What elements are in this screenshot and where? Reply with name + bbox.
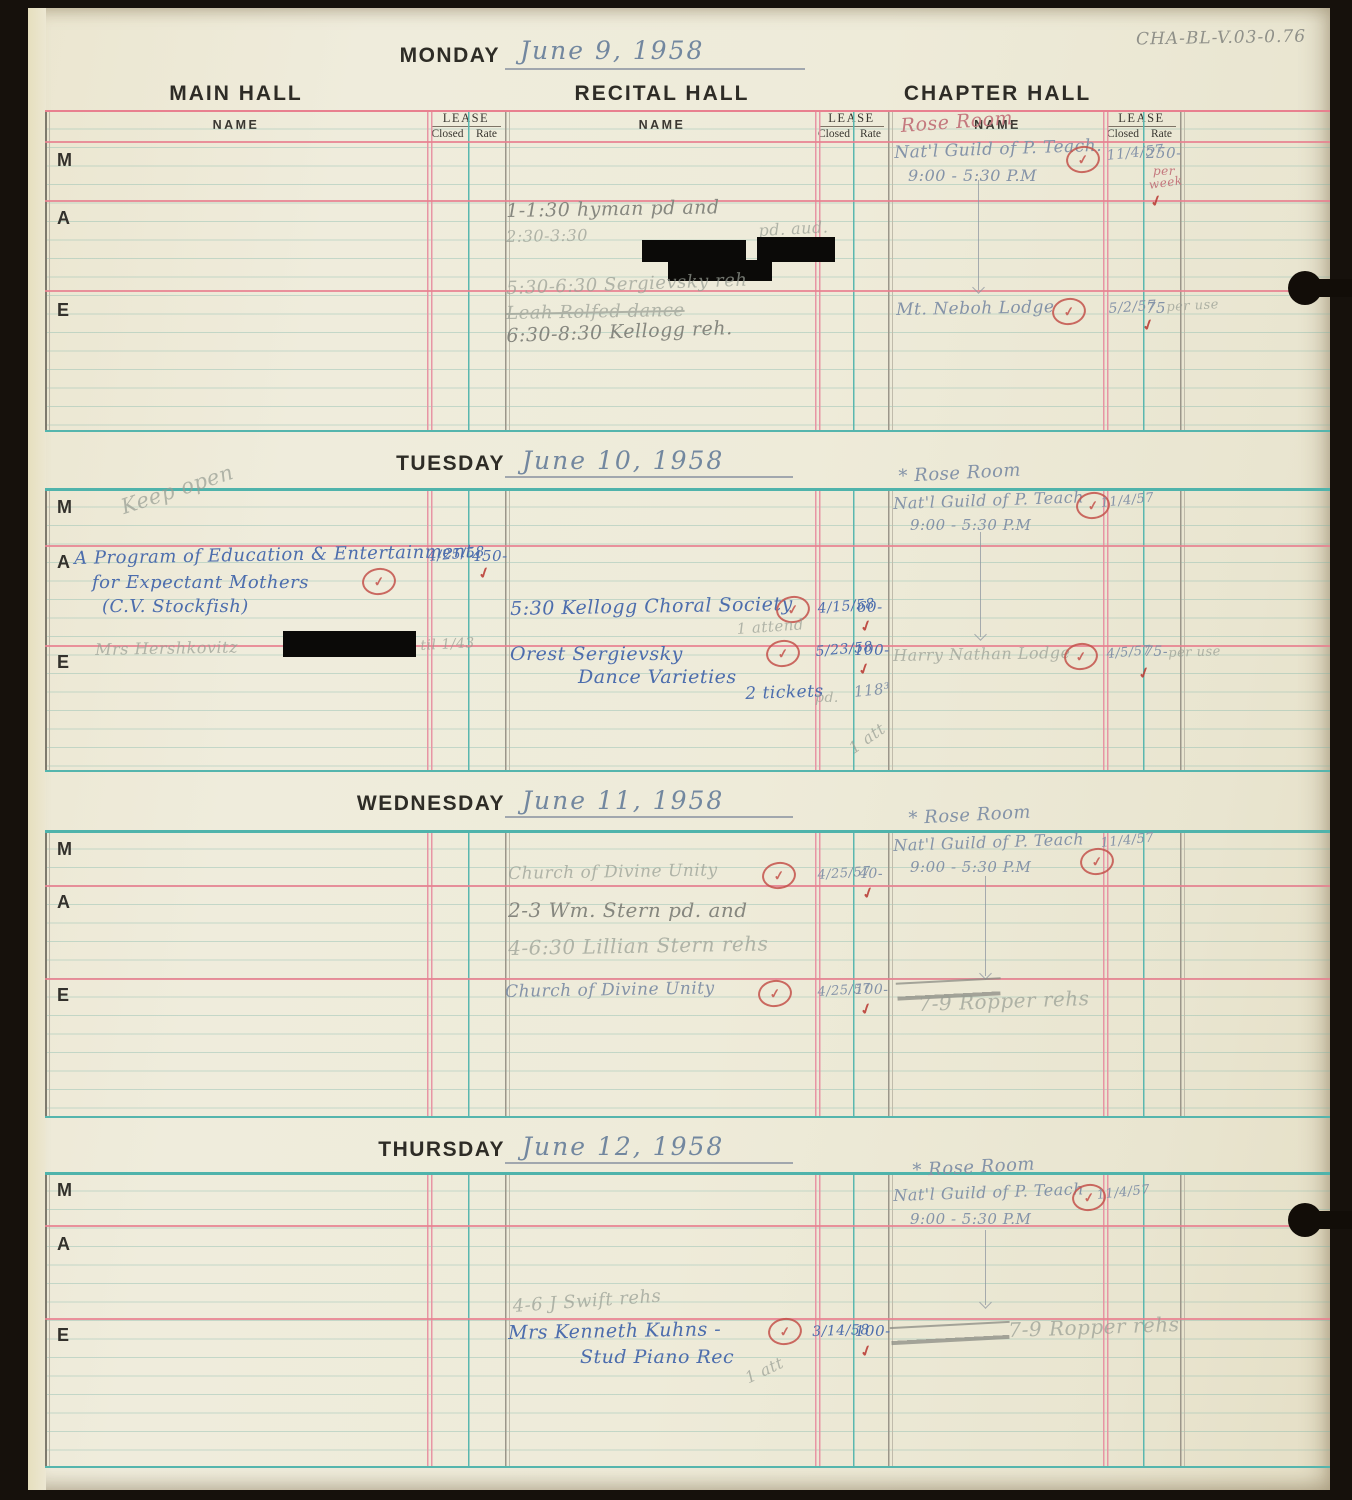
tue-chapter-room: * Rose Room xyxy=(898,460,1021,487)
tue-chapter-rate-2: 75- xyxy=(1144,644,1168,660)
mon-chapter-time-1: 9:00 - 5:30 P.M xyxy=(908,166,1037,185)
tue-recital-note-2: 2 tickets xyxy=(745,681,824,704)
wed-recital-name-1: Church of Divine Unity xyxy=(508,860,718,884)
tue-chapter-time-1: 9:00 - 5:30 P.M xyxy=(910,516,1031,534)
thu-chapter-note-1: 7-9 Ropper rehs xyxy=(1008,1312,1180,1342)
thu-chapter-room: * Rose Room xyxy=(912,1154,1035,1181)
mon-chapter-name-2: Mt. Neboh Lodge xyxy=(896,297,1055,320)
tue-main-note-2: til 1/43 xyxy=(420,635,475,654)
punch-hole-stem xyxy=(1312,1211,1352,1229)
tue-recital-note-2c: 118³ xyxy=(853,679,891,701)
red-tick-icon: ✓ xyxy=(858,998,876,1019)
arrowhead xyxy=(972,281,985,294)
thu-recital-note-1: 1 att xyxy=(742,1353,786,1387)
red-tick-icon: ✓ xyxy=(1140,314,1158,335)
down-arrow xyxy=(980,532,981,637)
wed-recital-name-2: Church of Divine Unity xyxy=(505,978,715,1002)
tue-main-name-1: A Program of Education & Entertainment xyxy=(74,541,473,569)
thu-chapter-time-1: 9:00 - 5:30 P.M xyxy=(910,1210,1031,1228)
mon-chapter-room: Rose Room xyxy=(900,107,1014,137)
thu-recital-name-1b: Stud Piano Rec xyxy=(580,1346,734,1368)
tue-recital-rate-1: 60- xyxy=(857,598,883,616)
mon-chapter-rate-2b: per use xyxy=(1166,297,1219,315)
thu-chapter-closed-1: 11/4/57 xyxy=(1096,1182,1151,1203)
tue-main-note-0: Keep open xyxy=(118,460,236,519)
check-circle-icon: ✓ xyxy=(756,978,793,1009)
thu-recital-name-1: Mrs Kenneth Kuhns - xyxy=(508,1318,721,1344)
tue-recital-note-3: 1 att xyxy=(845,719,889,758)
tue-main-name-1b: for Expectant Mothers xyxy=(92,572,309,593)
thu-recital-rate-1: 100- xyxy=(855,1322,891,1340)
redaction-box xyxy=(642,240,746,262)
tue-chapter-name-2: Harry Nathan Lodge xyxy=(893,643,1071,665)
wed-recital-note-2: 4-6:30 Lillian Stern rehs xyxy=(508,931,769,960)
wed-chapter-note-1: 7-9 Ropper rehs xyxy=(918,986,1090,1016)
check-circle-icon: ✓ xyxy=(1078,846,1115,877)
tue-chapter-rate-2b: per use xyxy=(1168,644,1221,661)
red-tick-icon: ✓ xyxy=(860,882,878,903)
thu-chapter-name-1: Nat'l Guild of P. Teach xyxy=(893,1179,1084,1205)
wed-chapter-name-1: Nat'l Guild of P. Teach xyxy=(893,829,1084,855)
tue-main-name-2: Mrs Hershkovitz xyxy=(95,638,238,659)
down-arrow xyxy=(985,876,986,976)
down-arrow xyxy=(978,180,979,290)
tue-chapter-closed-1: 11/4/57 xyxy=(1100,490,1155,511)
scribble-strike xyxy=(890,1321,1011,1341)
red-tick-icon: ✓ xyxy=(1148,190,1166,211)
wed-chapter-closed-1: 11/4/57 xyxy=(1100,830,1155,851)
red-tick-icon: ✓ xyxy=(858,1340,876,1361)
wed-chapter-time-1: 9:00 - 5:30 P.M xyxy=(910,858,1031,876)
arrowhead xyxy=(974,628,987,641)
wed-recital-rate-1: 40- xyxy=(859,866,883,882)
red-tick-icon: ✓ xyxy=(858,615,876,636)
tue-recital-name-2: Orest Sergievsky xyxy=(510,643,683,665)
arrowhead xyxy=(979,1296,992,1309)
mon-recital-note-1: 1-1:30 hyman pd and xyxy=(506,196,720,222)
redaction-box xyxy=(283,631,416,657)
check-circle-icon: ✓ xyxy=(766,1316,803,1347)
tue-recital-note-1: 1 attend xyxy=(736,615,805,638)
thu-recital-note-0: 4-6 J Swift rehs xyxy=(512,1286,662,1317)
tue-recital-rate-2: 100- xyxy=(854,641,890,659)
wed-recital-rate-2: 100- xyxy=(855,982,888,998)
red-tick-icon: ✓ xyxy=(476,562,494,583)
check-circle-icon: ✓ xyxy=(760,860,797,891)
wed-recital-note-1: 2-3 Wm. Stern pd. and xyxy=(508,898,748,922)
tue-recital-name-1: 5:30 Kellogg Choral Society xyxy=(510,593,793,620)
check-circle-icon: ✓ xyxy=(1050,296,1087,327)
redaction-box xyxy=(757,237,835,262)
check-circle-icon: ✓ xyxy=(764,638,801,669)
mon-chapter-rate-1: 250- xyxy=(1146,144,1182,162)
down-arrow xyxy=(985,1230,986,1305)
tue-main-rate-1: 450- xyxy=(472,547,508,565)
check-circle-icon: ✓ xyxy=(360,566,397,597)
tue-recital-name-2b: Dance Varieties xyxy=(578,666,737,688)
wed-chapter-room: * Rose Room xyxy=(908,802,1031,829)
tue-recital-note-2b: pd. xyxy=(815,690,839,706)
mon-recital-note-3: 5:30-6:30 Sergievsky reh xyxy=(506,270,748,299)
red-tick-icon: ✓ xyxy=(856,658,874,679)
punch-hole-stem xyxy=(1312,279,1352,297)
scanned-ledger-page: CHA-BL-V.03-0.76 MONDAY June 9, 1958 TUE… xyxy=(0,0,1352,1500)
tue-chapter-name-1: Nat'l Guild of P. Teach xyxy=(893,487,1084,513)
handwritten-annotations-layer: 1-1:30 hyman pd and2:30-3:30pd. aud.5:30… xyxy=(0,0,1352,1500)
mon-recital-note-2: 2:30-3:30 xyxy=(506,226,588,246)
tue-main-name-1c: (C.V. Stockfish) xyxy=(102,596,249,617)
red-tick-icon: ✓ xyxy=(1136,662,1154,683)
